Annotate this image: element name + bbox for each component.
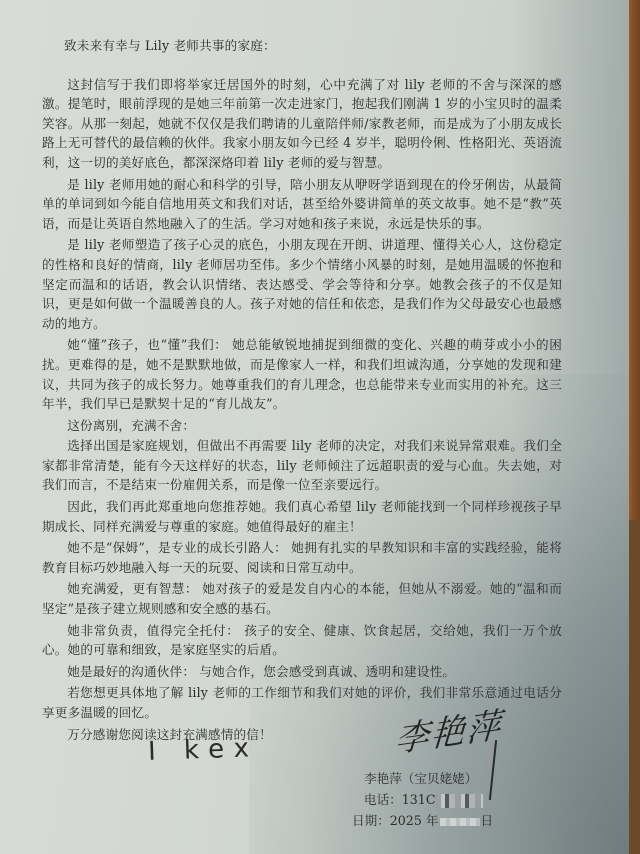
letter-paragraph: 她“懂”孩子，也“懂”我们： 她总能敏锐地捕捉到细微的变化、兴趣的萌芽或小小的困… xyxy=(42,335,562,413)
letter-paragraph: 是 lily 老师塑造了孩子心灵的底色，小朋友现在开朗、讲道理、懂得关心人，这份… xyxy=(42,235,562,333)
date-suffix: 日 xyxy=(480,813,493,828)
handwritten-note: I kex xyxy=(148,733,260,767)
signoff-phone: 电话：131C xyxy=(352,789,493,810)
letter-paragraph: 因此，我们再此郑重地向您推荐她。我们真心希望 lily 老师能找到一个同样珍视孩… xyxy=(42,497,562,536)
letter-paragraph: 选择出国是家庭规划，但做出不再需要 lily 老师的决定，对我们来说异常艰难。我… xyxy=(42,436,562,495)
letter-paragraph: 她是最好的沟通伙伴： 与她合作，您会感受到真诚、透明和建设性。 xyxy=(42,662,562,682)
letter-paragraph: 她非常负责，值得完全托付： 孩子的安全、健康、饮食起居，交给她，我们一万个放心。… xyxy=(42,621,562,660)
letter-section-heading: 这份离别，充满不舍： xyxy=(42,416,562,436)
date-label: 日期： xyxy=(352,813,390,828)
letter-body: 致未来有幸与 Lily 老师共事的家庭： 这封信写于我们即将举家迁居国外的时刻，… xyxy=(42,30,562,746)
letter-paragraph: 她充满爱，更有智慧： 她对孩子的爱是发自内心的本能，但她从不溺爱。她的“温和而坚… xyxy=(42,579,562,618)
signoff-name: 李艳萍（宝贝姥姥） xyxy=(352,768,493,789)
signoff-block: 李艳萍（宝贝姥姥） 电话：131C 日期：2025 年日 xyxy=(352,768,493,831)
phone-redaction xyxy=(435,794,483,808)
signoff-date: 日期：2025 年日 xyxy=(352,810,493,831)
letter-paper: 致未来有幸与 Lily 老师共事的家庭： 这封信写于我们即将举家迁居国外的时刻，… xyxy=(0,0,629,854)
letter-paragraph: 她不是“保姆”，是专业的成长引路人： 她拥有扎实的早教知识和丰富的实践经验，能将… xyxy=(42,538,562,577)
date-visible: 2025 年 xyxy=(390,813,439,828)
letter-salutation: 致未来有幸与 Lily 老师共事的家庭： xyxy=(64,36,562,56)
date-redaction xyxy=(440,818,480,826)
phone-visible-digits: 131C xyxy=(402,792,436,807)
phone-label: 电话： xyxy=(364,792,402,807)
letter-paragraph: 这封信写于我们即将举家迁居国外的时刻，心中充满了对 lily 老师的不舍与深深的… xyxy=(42,75,562,173)
letter-paragraph: 是 lily 老师用她的耐心和科学的引导，陪小朋友从咿呀学语到现在的伶牙俐齿，从… xyxy=(42,175,562,234)
